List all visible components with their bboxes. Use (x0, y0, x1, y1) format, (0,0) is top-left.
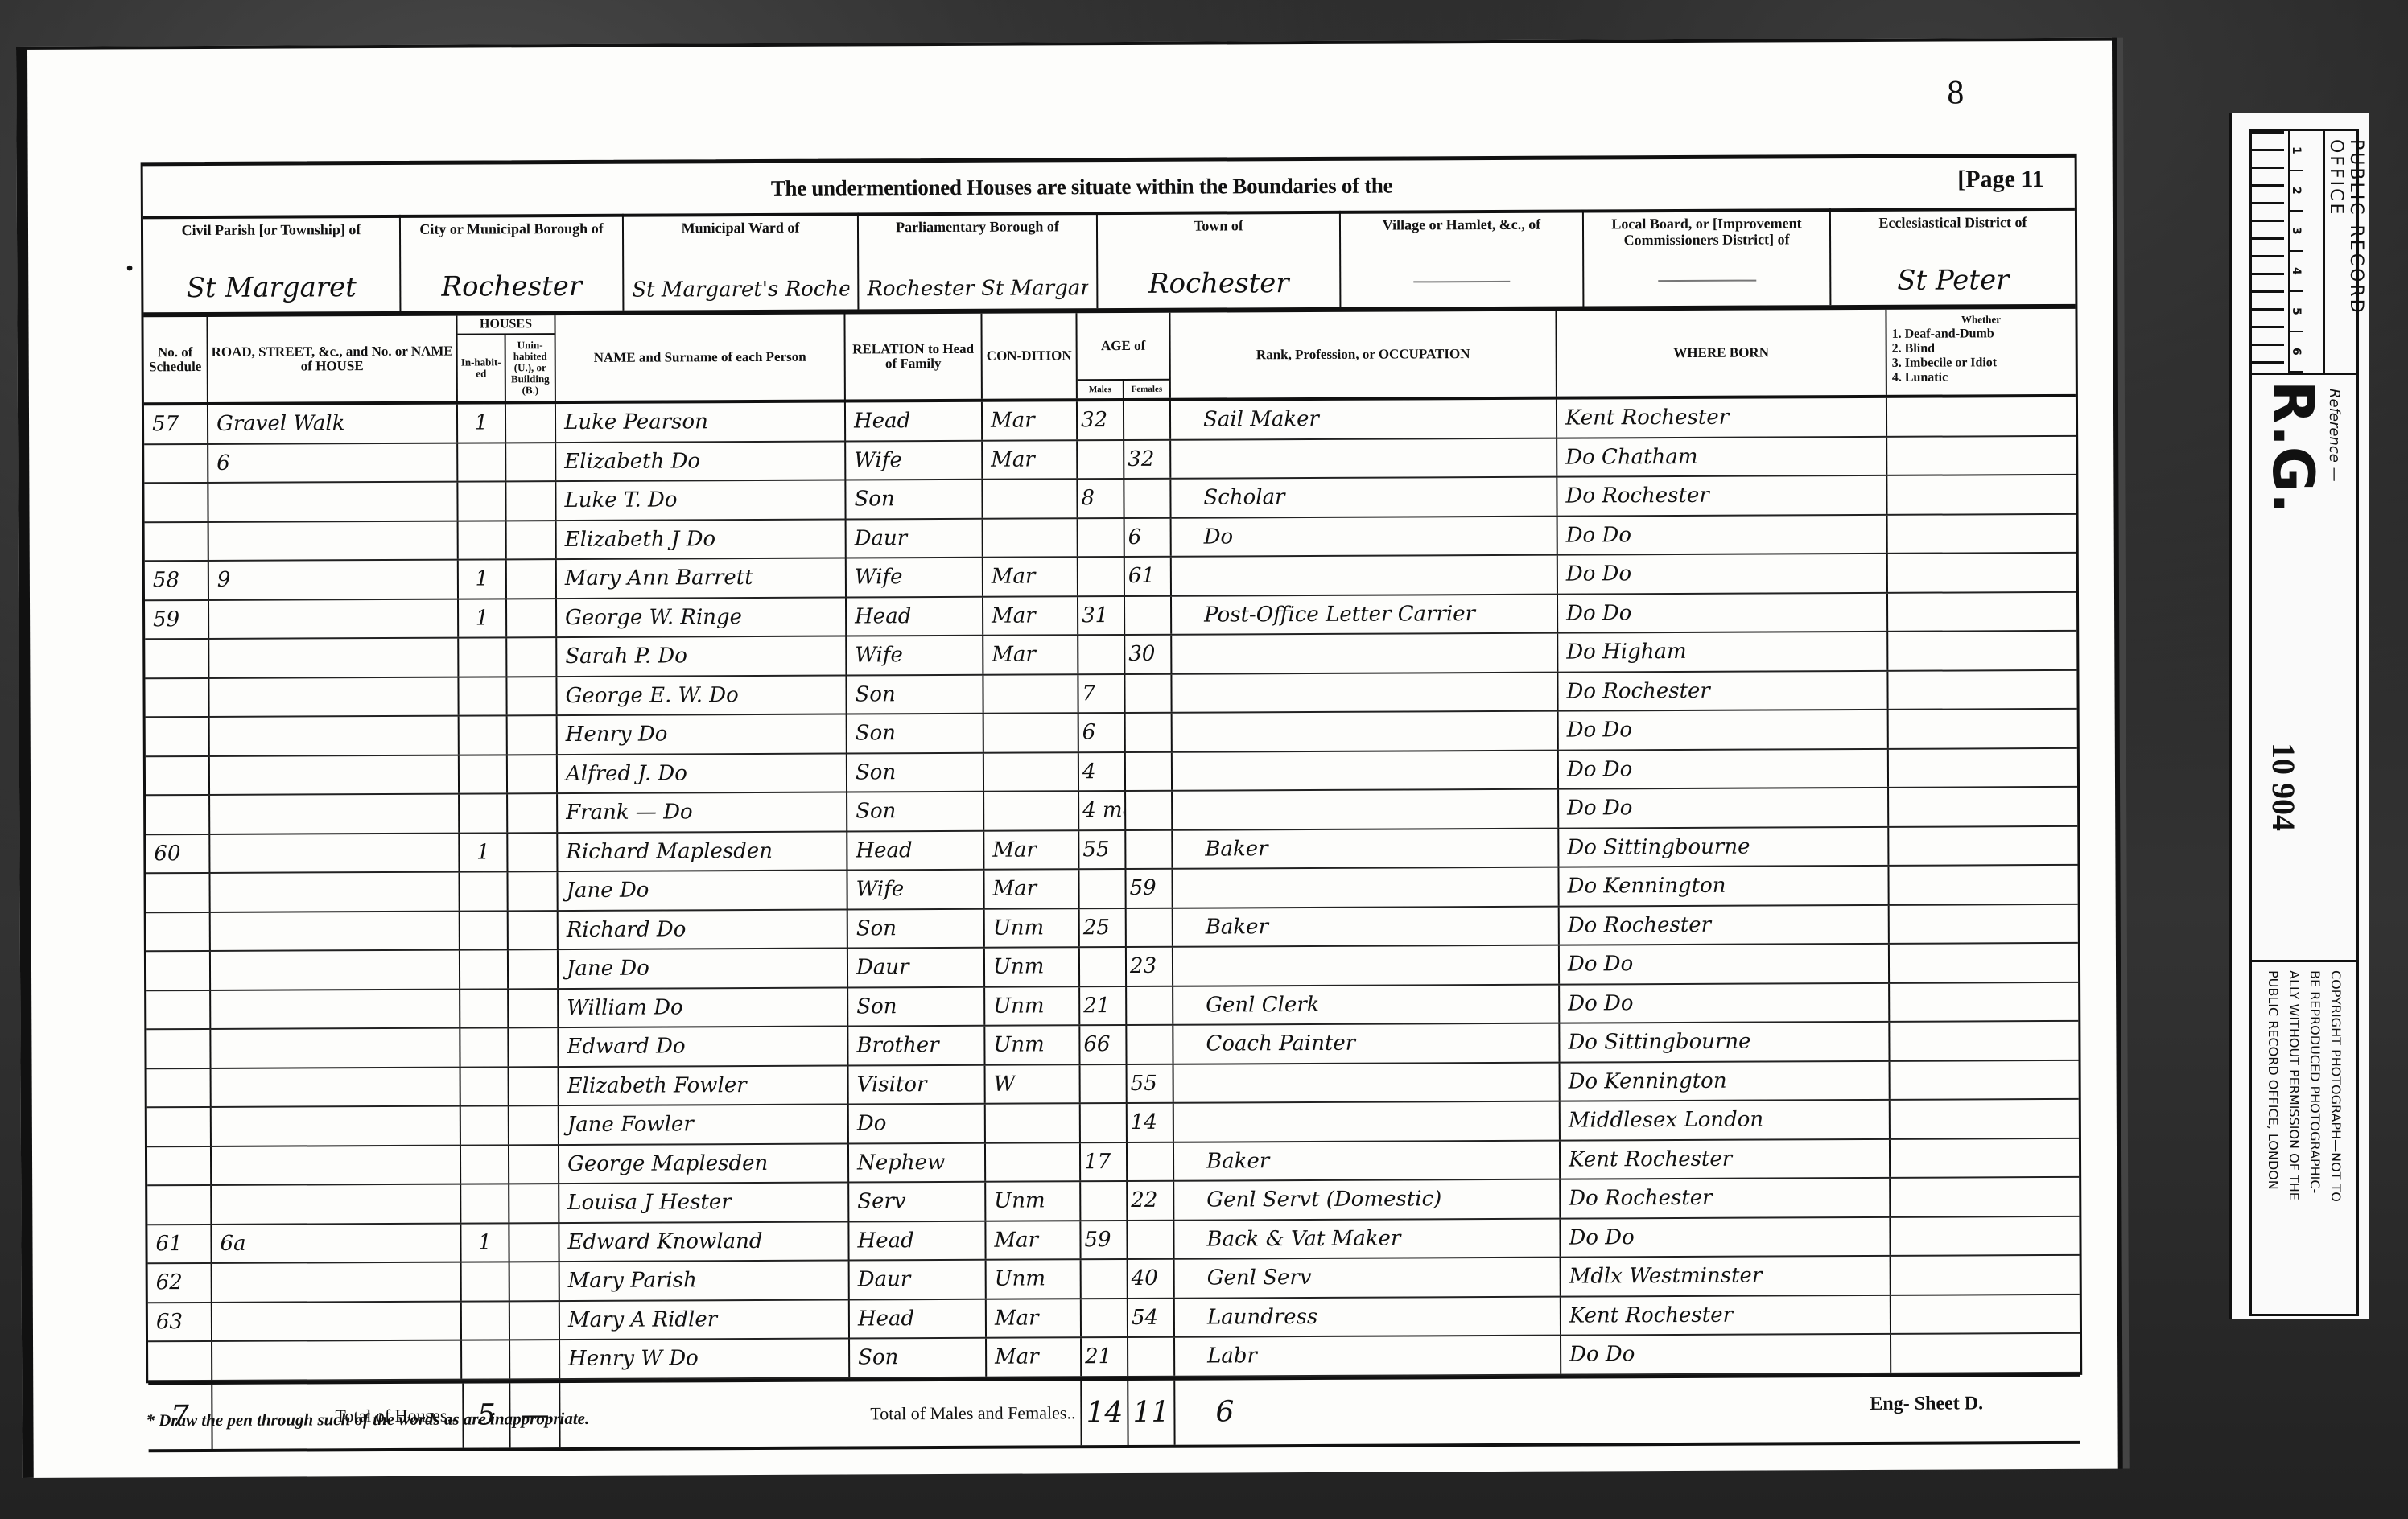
archive-reference-label: 1 2 3 4 5 6 PUBLIC RECORD OFFICE R.G. Re… (2229, 113, 2369, 1319)
cell-female-age: 6 (1125, 518, 1172, 556)
cell-road-address (211, 1029, 460, 1068)
page-reference: [Page 11 (1957, 166, 2044, 193)
cell-person-name: Elizabeth Do (556, 442, 846, 480)
cell-relation: Head (847, 597, 983, 635)
cell-uninhabited-mark (509, 912, 559, 949)
cell-road-address (212, 1107, 461, 1146)
cell-relation: Head (849, 1221, 986, 1259)
cell-female-age: 22 (1128, 1182, 1174, 1220)
cell-schedule-number: 60 (146, 834, 210, 872)
cell-road-address: Gravel Walk (208, 405, 458, 443)
admin-town: Town of Rochester (1098, 211, 1342, 308)
cell-road-address: 6 (208, 443, 458, 482)
header-infirmity: Whether 1. Deaf-and-Dumb 2. Blind 3. Imb… (1886, 309, 2075, 395)
cell-infirmity (1891, 1216, 2079, 1255)
cell-inhabited-mark: 1 (459, 599, 507, 637)
cell-male-age: 25 (1080, 908, 1127, 946)
cell-inhabited-mark (461, 1106, 509, 1144)
cell-condition (984, 753, 1079, 791)
cell-infirmity (1891, 1060, 2079, 1099)
cell-where-born: Do Do (1561, 1335, 1891, 1373)
cell-inhabited-mark (459, 677, 507, 715)
cell-infirmity (1887, 397, 2076, 436)
archive-series: R.G. (2260, 381, 2326, 514)
cell-occupation: Genl Servt (Domestic) (1174, 1180, 1561, 1220)
cell-inhabited-mark (458, 443, 506, 481)
cell-inhabited-mark (461, 1146, 509, 1184)
cell-occupation: Baker (1173, 907, 1560, 946)
cell-infirmity (1889, 866, 2077, 904)
cell-where-born: Do Sittingbourne (1559, 827, 1889, 866)
total-males: 14 (1082, 1380, 1128, 1444)
cell-female-age (1124, 401, 1171, 439)
cell-uninhabited-mark (508, 834, 558, 871)
cell-inhabited-mark (461, 1068, 509, 1105)
cell-person-name: Sarah P. Do (557, 637, 847, 676)
cell-uninhabited-mark (509, 1028, 559, 1066)
bullet-marker-icon: • (126, 256, 134, 282)
cell-male-age: 21 (1082, 1338, 1128, 1376)
header-road: ROAD, STREET, &c., and No. or NAME of HO… (208, 316, 457, 402)
cell-inhabited-mark (462, 1262, 510, 1300)
census-page: 8 The undermentioned Houses are situate … (16, 38, 2118, 1478)
cell-occupation (1171, 438, 1557, 478)
cell-relation: Head (846, 402, 983, 440)
cell-uninhabited-mark (507, 560, 557, 598)
cell-female-age (1126, 792, 1173, 829)
boundaries-title: The undermentioned Houses are situate wi… (771, 174, 1393, 201)
cell-schedule-number (148, 1342, 212, 1380)
cell-condition (984, 792, 1079, 829)
cell-female-age: 14 (1128, 1104, 1174, 1142)
cell-where-born: Do Rochester (1558, 671, 1888, 710)
cell-relation: Wife (847, 636, 983, 674)
header-occupation: Rank, Profession, or OCCUPATION (1170, 311, 1557, 398)
cell-schedule-number (146, 952, 211, 990)
admin-value: St Margaret's Rochester (632, 277, 849, 302)
cell-inhabited-mark (459, 638, 507, 676)
cell-where-born: Kent Rochester (1561, 1295, 1891, 1334)
cell-uninhabited-mark (510, 1302, 560, 1340)
cell-uninhabited-mark (508, 716, 558, 754)
cell-inhabited-mark (458, 482, 506, 520)
cell-where-born: Do Rochester (1561, 1179, 1891, 1217)
cell-occupation (1172, 634, 1558, 673)
cell-condition: Mar (984, 870, 1079, 908)
cell-condition (983, 675, 1078, 713)
cell-infirmity (1890, 904, 2078, 943)
cell-female-age (1127, 1026, 1173, 1064)
cell-road-address: 6a (212, 1224, 461, 1262)
cell-inhabited-mark: 1 (460, 834, 508, 871)
cell-schedule-number: 61 (147, 1225, 212, 1262)
cell-person-name: George W. Ringe (557, 598, 847, 636)
cell-male-age: 21 (1080, 986, 1127, 1024)
cell-occupation: Laundress (1175, 1297, 1561, 1336)
cell-condition: Mar (983, 636, 1078, 673)
cell-infirmity (1891, 1100, 2079, 1138)
cell-male-age (1081, 1104, 1128, 1142)
cell-condition: Mar (983, 401, 1078, 439)
cell-condition: Unm (985, 948, 1080, 986)
cell-male-age (1080, 948, 1127, 986)
cell-schedule-number (147, 1146, 212, 1184)
cell-person-name: Elizabeth J Do (557, 520, 847, 558)
cell-inhabited-mark (460, 716, 508, 754)
cell-occupation (1174, 1102, 1561, 1142)
cell-person-name: George Maplesden (559, 1144, 849, 1183)
cell-where-born: Do Do (1558, 554, 1888, 593)
cell-relation: Son (848, 987, 985, 1025)
cell-inhabited-mark (460, 872, 508, 910)
cell-schedule-number (146, 912, 211, 950)
cell-road-address (209, 521, 459, 560)
cell-condition: Mar (983, 597, 1078, 635)
cell-person-name: William Do (559, 988, 848, 1027)
cell-female-age (1127, 908, 1173, 946)
admin-local-board: Local Board, or [Improvement Commissione… (1584, 208, 1832, 306)
cell-uninhabited-mark (507, 521, 557, 559)
admin-value: Rochester (1106, 267, 1331, 300)
cell-condition (986, 1104, 1081, 1142)
cell-uninhabited-mark (508, 755, 558, 793)
cell-infirmity (1887, 436, 2076, 475)
cell-condition (983, 519, 1078, 557)
cell-person-name: George E. W. Do (557, 676, 847, 714)
cell-male-age (1078, 636, 1125, 673)
cell-schedule-number: 63 (148, 1303, 212, 1340)
cell-uninhabited-mark (509, 1224, 559, 1262)
scale-ruler: 1 2 3 4 5 6 PUBLIC RECORD OFFICE (2252, 131, 2356, 375)
cell-condition: W (986, 1065, 1081, 1103)
cell-male-age: 4 (1079, 752, 1126, 790)
cell-male-age (1082, 1299, 1128, 1336)
census-sheet: The undermentioned Houses are situate wi… (141, 154, 2083, 1383)
cell-female-age: 54 (1128, 1299, 1175, 1336)
ruler-boxes: 1 2 3 4 5 6 (2288, 131, 2325, 373)
cell-relation: Daur (850, 1261, 987, 1299)
total-females: 11 (1128, 1380, 1175, 1444)
cell-relation: Son (847, 675, 983, 713)
cell-person-name: Edward Do (559, 1027, 848, 1065)
header-condition: CON-DITION (982, 313, 1077, 399)
cell-relation: Son (850, 1339, 987, 1377)
cell-road-address (211, 912, 460, 950)
cell-male-age: 55 (1079, 830, 1126, 868)
cell-male-age (1078, 558, 1125, 595)
cell-infirmity (1889, 748, 2077, 787)
cell-condition: Mar (986, 1221, 1081, 1259)
header-males: Males (1078, 381, 1124, 398)
header-relation: RELATION to Head of Family (845, 314, 982, 400)
cell-condition: Unm (987, 1260, 1082, 1298)
cell-female-age (1126, 752, 1173, 790)
cell-relation: Son (847, 792, 984, 830)
cell-schedule-number (145, 640, 209, 677)
cell-infirmity (1889, 826, 2077, 865)
cell-person-name: Richard Do (559, 910, 848, 949)
archive-reference-caption: Reference — (2326, 389, 2343, 482)
cell-schedule-number (146, 874, 210, 912)
cell-schedule-number (145, 678, 209, 716)
cell-uninhabited-mark (509, 1068, 559, 1105)
cell-male-age (1079, 870, 1126, 908)
cell-male-age: 8 (1078, 480, 1124, 517)
cell-road-address (209, 677, 459, 716)
cell-road-address (209, 599, 459, 638)
cell-occupation: Do (1172, 517, 1558, 556)
cell-person-name: Richard Maplesden (558, 832, 847, 871)
header-name: NAME and Surname of each Person (555, 315, 845, 401)
cell-road-address (212, 1185, 461, 1224)
cell-where-born: Kent Rochester (1557, 398, 1887, 437)
cell-occupation (1174, 1063, 1561, 1102)
admin-value: St Margaret (151, 271, 391, 304)
cell-road-address (212, 1263, 462, 1302)
header-females: Females (1124, 381, 1169, 398)
cell-condition (986, 1143, 1081, 1181)
cell-infirmity (1891, 1295, 2080, 1333)
cell-occupation (1172, 556, 1558, 595)
cell-occupation: Genl Serv (1175, 1258, 1561, 1298)
cell-infirmity (1890, 944, 2078, 982)
cell-female-age (1125, 596, 1172, 634)
admin-municipal-ward: Municipal Ward of St Margaret's Rocheste… (624, 212, 860, 310)
cell-where-born: Do Do (1561, 1217, 1891, 1256)
cell-male-age (1081, 1064, 1128, 1102)
cell-relation: Son (847, 714, 984, 752)
cell-female-age: 30 (1125, 636, 1172, 673)
cell-inhabited-mark (460, 794, 508, 832)
cell-male-age: 59 (1081, 1221, 1128, 1258)
cell-condition: Unm (985, 1026, 1080, 1064)
admin-value: St Peter (1839, 264, 2067, 297)
cell-road-address: 9 (209, 561, 459, 599)
cell-male-age: 7 (1078, 674, 1125, 712)
cell-where-born: Middlesex London (1561, 1101, 1891, 1139)
cell-infirmity (1891, 1334, 2080, 1373)
cell-occupation (1173, 868, 1559, 908)
cell-where-born: Do Kennington (1561, 1061, 1891, 1100)
cell-infirmity (1888, 632, 2076, 670)
cell-schedule-number (146, 718, 210, 755)
cell-uninhabited-mark (509, 950, 559, 988)
cell-uninhabited-mark (509, 1106, 559, 1144)
copyright-notice: COPYRIGHT PHOTOGRAPH—NOT TO BE REPRODUCE… (2252, 960, 2356, 1314)
cell-relation: Son (847, 753, 984, 791)
cell-road-address (210, 873, 460, 912)
cell-schedule-number (146, 756, 210, 794)
cell-female-age (1128, 1142, 1174, 1180)
cell-infirmity (1888, 592, 2076, 631)
archive-piece-number: 10 904 (2265, 743, 2303, 831)
cell-occupation (1173, 790, 1559, 829)
cell-schedule-number (147, 1068, 212, 1106)
total-persons-label: Total of Males and Females.. (560, 1381, 1082, 1447)
cell-road-address (210, 834, 460, 872)
header-uninhabited: Unin-habited (U.), or Building (B.) (506, 335, 555, 401)
cell-relation: Do (849, 1105, 986, 1142)
cell-condition: Mar (987, 1299, 1082, 1337)
cell-male-age: 31 (1078, 596, 1125, 634)
cell-person-name: Louisa J Hester (559, 1183, 849, 1221)
cell-infirmity (1891, 1256, 2080, 1295)
cell-where-born: Do Do (1560, 983, 1890, 1022)
cell-occupation: Scholar (1171, 478, 1557, 517)
cell-occupation: Baker (1174, 1141, 1561, 1180)
admin-value: Rochester St Margaret's (867, 276, 1088, 301)
cell-person-name: Mary Ann Barrett (557, 559, 847, 598)
cell-where-born: Do Chatham (1557, 437, 1887, 475)
cell-condition: Mar (983, 441, 1078, 479)
cell-relation: Serv (849, 1183, 986, 1221)
cell-female-age: 55 (1128, 1064, 1174, 1102)
cell-where-born: Do Do (1559, 788, 1889, 827)
cell-female-age: 59 (1126, 870, 1173, 908)
cell-inhabited-mark (460, 755, 508, 793)
cell-occupation: Back & Vat Maker (1174, 1219, 1561, 1258)
administrative-areas: • Civil Parish [or Township] of St Marga… (143, 208, 2076, 317)
cell-condition (984, 714, 1079, 751)
header-inhabited: In-habit-ed (458, 335, 506, 401)
page-stamp-number: 8 (1947, 73, 1964, 112)
cell-where-born: Mdlx Westminster (1561, 1257, 1891, 1295)
cell-inhabited-mark (460, 990, 509, 1027)
cell-where-born: Do Do (1560, 945, 1890, 983)
cell-male-age (1081, 1182, 1128, 1220)
cell-person-name: Mary A Ridler (560, 1300, 850, 1339)
cell-person-name: Luke T. Do (556, 481, 846, 520)
cell-relation: Daur (848, 949, 985, 986)
cell-relation: Daur (847, 519, 983, 557)
blank-dash (1413, 281, 1510, 283)
cell-inhabited-mark (460, 1028, 509, 1066)
admin-municipal-borough: City or Municipal Borough of Rochester (401, 214, 625, 311)
cell-uninhabited-mark (507, 599, 557, 637)
cell-male-age: 4 mo (1079, 792, 1126, 829)
cell-infirmity (1889, 788, 2077, 826)
sheet-identifier: Eng- Sheet D. (1870, 1393, 1983, 1415)
cell-schedule-number (145, 522, 209, 560)
cell-occupation: Sail Maker (1171, 400, 1557, 439)
header-houses: HOUSES In-habit-ed Unin-habited (U.), or… (457, 315, 555, 401)
cell-road-address (212, 1341, 462, 1380)
cell-infirmity (1891, 1178, 2079, 1216)
cell-schedule-number: 58 (145, 562, 209, 599)
cell-inhabited-mark: 1 (458, 404, 506, 442)
cell-road-address (210, 755, 460, 794)
cell-occupation (1173, 946, 1560, 986)
cell-where-born: Do Do (1558, 515, 1888, 554)
cell-uninhabited-mark (506, 404, 556, 442)
cell-schedule-number: 59 (145, 600, 209, 638)
cell-inhabited-mark (460, 912, 509, 949)
cell-schedule-number (144, 484, 208, 521)
cell-schedule-number (144, 444, 208, 482)
cell-uninhabited-mark (509, 1184, 559, 1222)
cell-occupation: Genl Clerk (1173, 985, 1560, 1024)
cell-schedule-number (147, 1108, 212, 1146)
cell-relation: Nephew (849, 1143, 986, 1181)
cell-occupation (1173, 712, 1559, 751)
cell-uninhabited-mark (506, 443, 556, 481)
cell-relation: Head (850, 1299, 987, 1337)
cell-condition: Mar (987, 1338, 1082, 1376)
cell-road-address (212, 1068, 461, 1106)
cell-occupation: Baker (1173, 829, 1559, 868)
cell-condition: Unm (985, 909, 1080, 947)
cell-uninhabited-mark (507, 638, 557, 676)
admin-village-hamlet: Village or Hamlet, &c., of (1341, 210, 1585, 307)
cell-relation: Son (846, 480, 983, 518)
cell-infirmity (1890, 982, 2078, 1021)
cell-where-born: Kent Rochester (1561, 1139, 1891, 1178)
footnote: * Draw the pen through such of the words… (146, 1409, 589, 1430)
cell-condition: Mar (983, 558, 1078, 595)
cell-uninhabited-mark (510, 1340, 560, 1378)
cell-person-name: Mary Parish (560, 1261, 850, 1299)
cell-road-address (210, 795, 460, 834)
cell-male-age: 66 (1080, 1026, 1127, 1064)
census-table: No. of Schedule ROAD, STREET, &c., and N… (143, 309, 2080, 1452)
cell-male-age (1078, 518, 1125, 556)
cell-male-age: 6 (1079, 714, 1126, 751)
cell-road-address (211, 951, 460, 990)
cell-male-age (1078, 440, 1124, 478)
cell-schedule-number: 57 (144, 405, 208, 443)
cell-condition (983, 480, 1078, 517)
cell-uninhabited-mark (508, 872, 558, 910)
cell-female-age (1125, 674, 1172, 712)
cell-road-address (212, 1146, 461, 1184)
cell-infirmity (1891, 1138, 2079, 1177)
cell-person-name: Jane Fowler (559, 1105, 849, 1143)
cell-where-born: Do Rochester (1560, 905, 1890, 944)
cell-female-age (1126, 830, 1173, 868)
cell-where-born: Do Do (1559, 710, 1889, 749)
cell-male-age (1082, 1260, 1128, 1298)
cell-female-age (1128, 1338, 1175, 1376)
cell-infirmity (1888, 514, 2076, 553)
header-age: AGE of Males Females (1077, 313, 1170, 399)
cell-female-age (1127, 986, 1173, 1024)
cell-occupation: Coach Painter (1173, 1024, 1560, 1064)
archive-office-name: PUBLIC RECORD OFFICE (2326, 139, 2366, 373)
cell-where-born: Do Kennington (1559, 867, 1889, 905)
cell-inhabited-mark (462, 1302, 510, 1340)
cell-relation: Wife (846, 441, 983, 479)
cell-infirmity (1887, 475, 2076, 514)
cell-person-name: Frank — Do (558, 793, 847, 832)
cell-infirmity (1889, 710, 2077, 748)
cell-occupation: Labr (1175, 1336, 1561, 1376)
cell-relation: Son (848, 909, 985, 947)
cell-female-age (1124, 480, 1171, 517)
cell-infirmity (1890, 1022, 2078, 1060)
cell-condition: Unm (986, 1182, 1081, 1220)
cell-infirmity (1888, 554, 2076, 592)
cell-person-name: Henry Do (558, 715, 847, 754)
cell-inhabited-mark (460, 950, 509, 988)
cell-person-name: Luke Pearson (556, 403, 846, 442)
cell-relation: Brother (848, 1027, 985, 1064)
cell-occupation (1172, 673, 1558, 712)
cell-male-age: 32 (1078, 401, 1124, 439)
cell-road-address (212, 1302, 462, 1340)
cell-uninhabited-mark (510, 1262, 560, 1300)
cell-condition: Unm (985, 987, 1080, 1025)
table-header: No. of Schedule ROAD, STREET, &c., and N… (143, 309, 2075, 405)
